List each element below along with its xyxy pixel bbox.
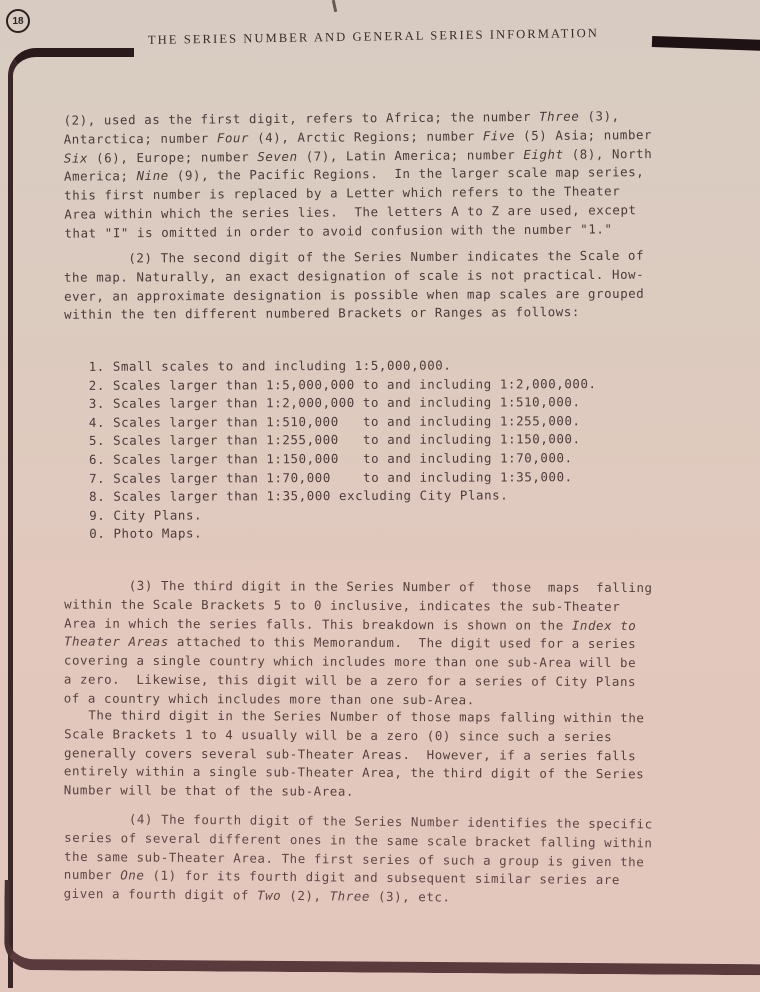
bracket-description: Scales larger than 1:5,000,000 to and in… — [113, 376, 597, 393]
italic-term: Four — [217, 130, 249, 145]
bracket-number: 5. — [89, 433, 113, 448]
paper-tear-mark — [332, 0, 337, 12]
text-line: Number will be that of the sub-Area. — [64, 781, 736, 803]
scale-bracket-item: 6. Scales larger than 1:150,000 to and i… — [89, 449, 597, 469]
text-segment: number — [64, 867, 121, 883]
text-segment: of a country which includes more than on… — [64, 690, 475, 707]
bracket-number: 9. — [89, 508, 113, 523]
text-segment: (4) The fourth digit of the Series Numbe… — [64, 811, 652, 832]
text-segment: given a fourth digit of — [64, 886, 258, 903]
paragraph-third-digit-brackets-1-4: The third digit in the Series Number of … — [64, 706, 736, 804]
bracket-description: Scales larger than 1:510,000 to and incl… — [113, 413, 581, 430]
page-frame-top-right-bar — [652, 36, 760, 51]
bracket-number: 0. — [89, 526, 113, 541]
page-number-badge: 18 — [6, 9, 30, 33]
bracket-description: Small scales to and including 1:5,000,00… — [113, 358, 452, 374]
scale-bracket-item: 1. Small scales to and including 1:5,000… — [89, 356, 597, 376]
text-segment: entirely within a single sub-Theater Are… — [64, 764, 644, 782]
text-segment: covering a single country which includes… — [64, 653, 636, 670]
text-line: within the ten different numbered Bracke… — [64, 303, 736, 325]
text-segment: America; — [64, 168, 137, 184]
bracket-description: Photo Maps. — [113, 526, 202, 541]
text-segment: Area in which the series falls. This bre… — [64, 615, 572, 632]
text-segment: attached to this Memorandum. The digit u… — [169, 634, 637, 651]
text-segment: (9), the Pacific Regions. In the larger … — [169, 164, 645, 183]
text-segment: Antarctica; number — [64, 130, 217, 146]
text-segment: that "I" is omitted in order to avoid co… — [64, 221, 612, 240]
italic-term: Index to — [572, 617, 637, 632]
bracket-number: 1. — [89, 359, 113, 374]
text-segment: (3), etc. — [370, 889, 451, 905]
text-segment: the map. Naturally, an exact designation… — [64, 267, 644, 285]
scale-bracket-item: 2. Scales larger than 1:5,000,000 to and… — [89, 375, 597, 395]
paragraph-third-digit: (3) The third digit in the Series Number… — [64, 577, 737, 712]
italic-term: Three — [539, 109, 579, 124]
bracket-number: 6. — [89, 452, 113, 467]
text-segment: a zero. Likewise, this digit will be a z… — [64, 672, 636, 689]
italic-term: Eight — [523, 146, 563, 161]
italic-term: One — [120, 868, 144, 883]
text-segment: Number will be that of the sub-Area. — [64, 782, 354, 799]
scale-bracket-item: 4. Scales larger than 1:510,000 to and i… — [89, 412, 597, 432]
italic-term: Nine — [136, 168, 168, 183]
text-segment: (3) The third digit in the Series Number… — [64, 578, 652, 596]
bracket-number: 4. — [89, 415, 113, 430]
bracket-number: 8. — [89, 489, 113, 504]
italic-term: Two — [257, 888, 281, 903]
text-segment: (3), — [579, 108, 619, 123]
text-segment: within the Scale Brackets 5 to 0 inclusi… — [64, 596, 620, 613]
text-segment: (8), North — [564, 146, 653, 162]
text-line: within the Scale Brackets 5 to 0 inclusi… — [64, 595, 736, 617]
bracket-description: Scales larger than 1:35,000 excluding Ci… — [113, 488, 508, 504]
scale-bracket-list: 1. Small scales to and including 1:5,000… — [89, 356, 597, 544]
scale-bracket-item: 7. Scales larger than 1:70,000 to and in… — [89, 468, 597, 488]
text-segment: Scale Brackets 1 to 4 usually will be a … — [64, 726, 612, 744]
scale-bracket-item: 5. Scales larger than 1:255,000 to and i… — [89, 430, 597, 450]
text-segment: (4), Arctic Regions; number — [249, 128, 483, 145]
scale-bracket-item: 0. Photo Maps. — [89, 523, 597, 543]
text-segment: generally covers several sub-Theater Are… — [64, 745, 636, 763]
italic-term: Three — [330, 889, 370, 904]
text-segment: The third digit in the Series Number of … — [64, 707, 644, 725]
bracket-description: Scales larger than 1:255,000 to and incl… — [113, 432, 581, 449]
scale-bracket-item: 3. Scales larger than 1:2,000,000 to and… — [89, 393, 597, 413]
bracket-description: City Plans. — [113, 507, 202, 522]
italic-term: Seven — [257, 148, 297, 163]
text-segment: ever, an approximate designation is poss… — [64, 285, 644, 303]
bracket-description: Scales larger than 1:70,000 to and inclu… — [113, 469, 572, 486]
section-header: THE SERIES NUMBER AND GENERAL SERIES INF… — [148, 26, 599, 48]
text-segment: (2) The second digit of the Series Numbe… — [64, 248, 644, 266]
text-segment: series of several different ones in the … — [64, 830, 652, 851]
bracket-number: 2. — [89, 377, 113, 392]
text-segment: (7), Latin America; number — [298, 147, 524, 164]
page-number: 18 — [12, 16, 23, 27]
italic-term: Six — [64, 150, 88, 165]
text-segment: this first number is replaced by a Lette… — [64, 183, 620, 202]
italic-term: Five — [483, 128, 515, 143]
paragraph-first-digit-continued: (2), used as the first digit, refers to … — [63, 106, 736, 243]
bracket-description: Scales larger than 1:2,000,000 to and in… — [113, 394, 581, 411]
italic-term: Theater Areas — [64, 634, 169, 649]
bracket-number: 7. — [89, 470, 113, 485]
bracket-number: 3. — [89, 396, 113, 411]
paragraph-second-digit: (2) The second digit of the Series Numbe… — [64, 246, 736, 325]
text-segment: (1) for its fourth digit and subsequent … — [144, 868, 620, 888]
scale-bracket-item: 9. City Plans. — [89, 505, 597, 525]
text-segment: Area within which the series lies. The l… — [64, 202, 636, 221]
text-segment: (2), — [281, 888, 330, 903]
text-segment: (6), Europe; number — [88, 149, 257, 165]
bracket-description: Scales larger than 1:150,000 to and incl… — [113, 450, 572, 467]
text-segment: within the ten different numbered Bracke… — [64, 304, 580, 322]
scale-bracket-item: 8. Scales larger than 1:35,000 excluding… — [89, 486, 597, 506]
text-segment: (2), used as the first digit, refers to … — [64, 109, 540, 128]
text-segment: (5) Asia; number — [515, 127, 652, 143]
paragraph-fourth-digit: (4) The fourth digit of the Series Numbe… — [64, 810, 737, 910]
